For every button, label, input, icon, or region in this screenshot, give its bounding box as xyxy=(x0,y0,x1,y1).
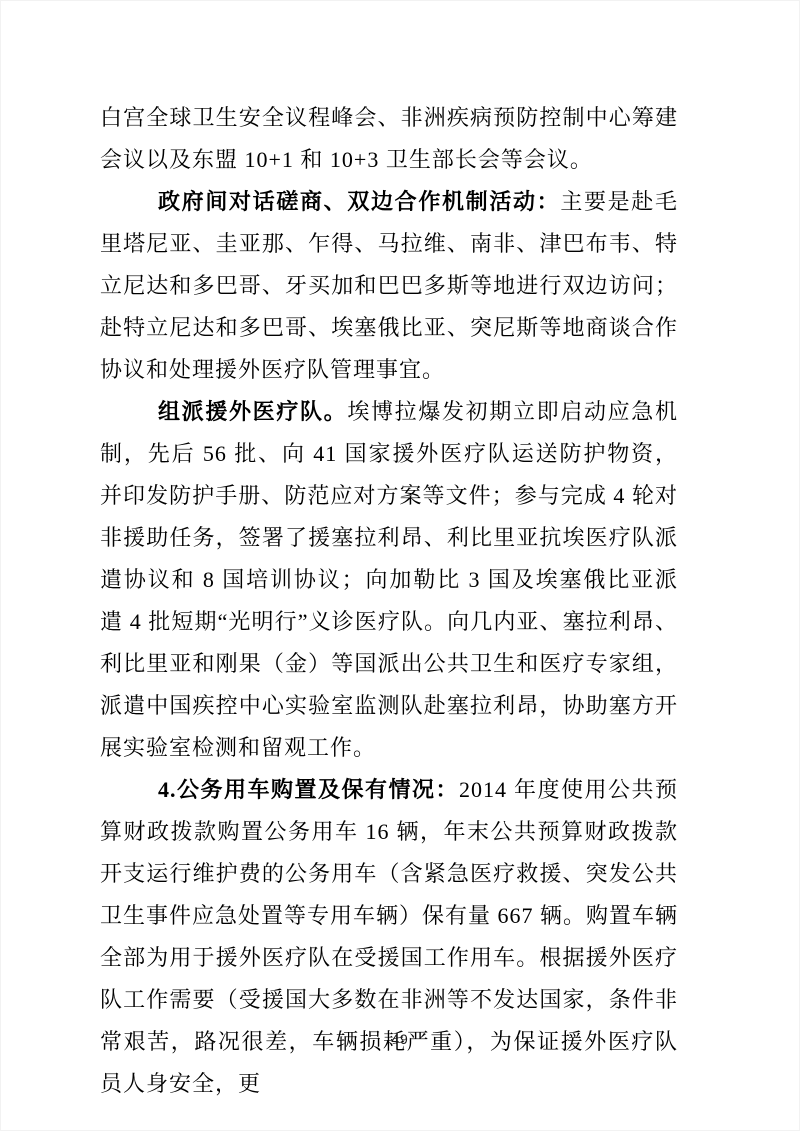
document-body: 白宫全球卫生安全议程峰会、非洲疾病预防控制中心筹建会议以及东盟 10+1 和 1… xyxy=(100,97,678,1105)
paragraph-text: 埃博拉爆发初期立即启动应急机制，先后 56 批、向 41 国家援外医疗队运送防护… xyxy=(100,399,678,760)
document-page: 白宫全球卫生安全议程峰会、非洲疾病预防控制中心筹建会议以及东盟 10+1 和 1… xyxy=(0,0,800,1131)
page-number: 49 xyxy=(0,1031,800,1047)
paragraph-text: 白宫全球卫生安全议程峰会、非洲疾病预防控制中心筹建会议以及东盟 10+1 和 1… xyxy=(100,105,678,172)
paragraph-text: 主要是赴毛里塔尼亚、圭亚那、乍得、马拉维、南非、津巴布韦、特立尼达和多巴哥、牙买… xyxy=(100,189,678,382)
paragraph-official-vehicles: 4.公务用车购置及保有情况：2014 年度使用公共预算财政拨款购置公务用车 16… xyxy=(100,769,678,1105)
paragraph-dialogue-mechanism: 政府间对话磋商、双边合作机制活动：主要是赴毛里塔尼亚、圭亚那、乍得、马拉维、南非… xyxy=(100,181,678,391)
paragraph-lead-bold: 政府间对话磋商、双边合作机制活动： xyxy=(158,189,560,214)
paragraph-lead-bold: 组派援外医疗队。 xyxy=(158,399,347,424)
paragraph-text: 2014 年度使用公共预算财政拨款购置公务用车 16 辆，年末公共预算财政拨款开… xyxy=(100,777,678,1096)
paragraph-medical-teams: 组派援外医疗队。埃博拉爆发初期立即启动应急机制，先后 56 批、向 41 国家援… xyxy=(100,391,678,769)
paragraph-lead-bold: 4.公务用车购置及保有情况： xyxy=(158,777,459,802)
paragraph-continuation: 白宫全球卫生安全议程峰会、非洲疾病预防控制中心筹建会议以及东盟 10+1 和 1… xyxy=(100,97,678,181)
